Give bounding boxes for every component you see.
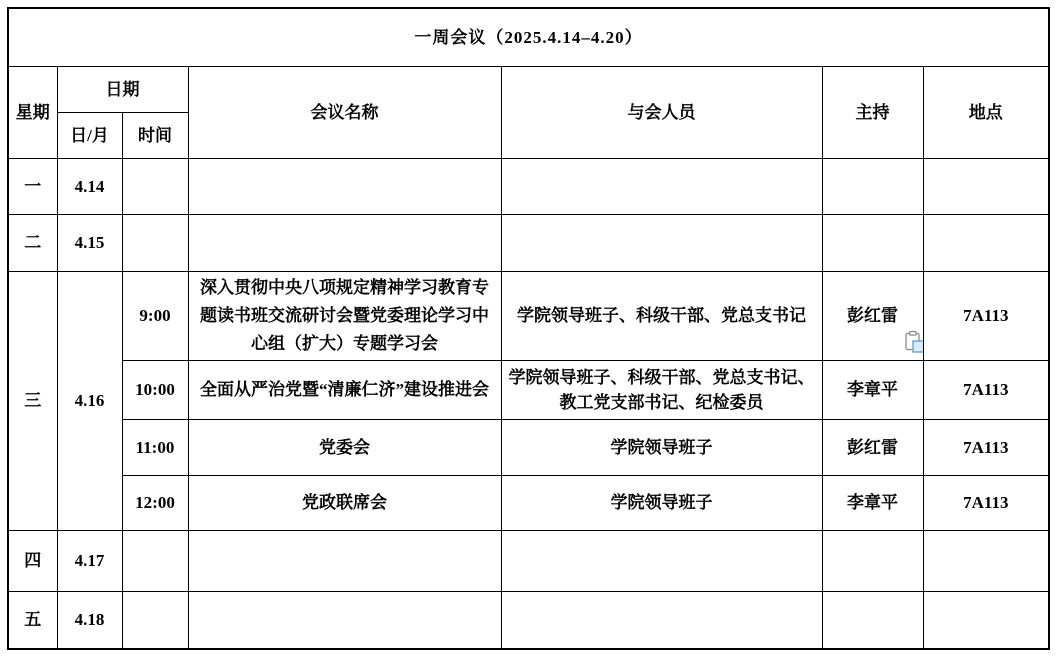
table-row: 12:00 党政联席会 学院领导班子 李章平 7A113: [8, 475, 1049, 530]
weekday-cell: 五: [8, 591, 57, 649]
host-cell: 彭红雷: [822, 419, 923, 475]
meeting-name-cell: 全面从严治党暨“清廉仁济”建设推进会: [188, 360, 501, 419]
weekday-cell: 四: [8, 530, 57, 591]
meeting-name-cell: [188, 158, 501, 214]
attendees-cell: [501, 214, 822, 271]
col-header-attendees: 与会人员: [501, 66, 822, 158]
time-cell: [122, 530, 188, 591]
weekday-cell: 二: [8, 214, 57, 271]
date-cell: 4.17: [57, 530, 122, 591]
table-row: 四 4.17: [8, 530, 1049, 591]
location-cell: [923, 530, 1049, 591]
time-cell: [122, 214, 188, 271]
location-cell: 7A113: [923, 271, 1049, 360]
location-cell: 7A113: [923, 475, 1049, 530]
time-cell: 9:00: [122, 271, 188, 360]
meeting-name-cell: 党委会: [188, 419, 501, 475]
meeting-name-cell: [188, 214, 501, 271]
host-cell: [822, 214, 923, 271]
location-cell: 7A113: [923, 419, 1049, 475]
table-row: 一 4.14: [8, 158, 1049, 214]
host-cell: [822, 591, 923, 649]
host-cell: 彭红雷: [822, 271, 923, 360]
meeting-name-cell: 深入贯彻中央八项规定精神学习教育专题读书班交流研讨会暨党委理论学习中心组（扩大）…: [188, 271, 501, 360]
attendees-cell: [501, 158, 822, 214]
col-header-location: 地点: [923, 66, 1049, 158]
table-row: 11:00 党委会 学院领导班子 彭红雷 7A113: [8, 419, 1049, 475]
host-cell: [822, 530, 923, 591]
weekly-meeting-table: 一周会议（2025.4.14–4.20） 星期 日期 会议名称 与会人员 主持 …: [7, 7, 1050, 650]
weekday-cell: 一: [8, 158, 57, 214]
location-cell: 7A113: [923, 360, 1049, 419]
time-cell: [122, 158, 188, 214]
location-cell: [923, 158, 1049, 214]
paste-options-button[interactable]: [902, 330, 924, 356]
col-header-time: 时间: [122, 112, 188, 158]
host-cell: 李章平: [822, 360, 923, 419]
page-title: 一周会议（2025.4.14–4.20）: [8, 8, 1049, 66]
host-cell: 李章平: [822, 475, 923, 530]
table-row: 二 4.15: [8, 214, 1049, 271]
col-header-meeting: 会议名称: [188, 66, 501, 158]
weekday-cell: 三: [8, 271, 57, 530]
meeting-name-cell: [188, 591, 501, 649]
table-row: 五 4.18: [8, 591, 1049, 649]
host-cell: [822, 158, 923, 214]
meeting-name-cell: [188, 530, 501, 591]
location-cell: [923, 214, 1049, 271]
date-cell: 4.16: [57, 271, 122, 530]
date-cell: 4.15: [57, 214, 122, 271]
time-cell: 11:00: [122, 419, 188, 475]
attendees-cell: 学院领导班子、科级干部、党总支书记: [501, 271, 822, 360]
time-cell: 10:00: [122, 360, 188, 419]
attendees-cell: [501, 530, 822, 591]
col-header-host: 主持: [822, 66, 923, 158]
col-header-weekday: 星期: [8, 66, 57, 158]
location-cell: [923, 591, 1049, 649]
document-page: 一周会议（2025.4.14–4.20） 星期 日期 会议名称 与会人员 主持 …: [0, 0, 1056, 662]
table-row: 星期 日期 会议名称 与会人员 主持 地点: [8, 66, 1049, 112]
table-row: 10:00 全面从严治党暨“清廉仁济”建设推进会 学院领导班子、科级干部、党总支…: [8, 360, 1049, 419]
attendees-cell: 学院领导班子: [501, 419, 822, 475]
time-cell: 12:00: [122, 475, 188, 530]
clipboard-paste-icon: [902, 330, 924, 356]
col-header-date-group: 日期: [57, 66, 188, 112]
attendees-cell: [501, 591, 822, 649]
attendees-cell: 学院领导班子、科级干部、党总支书记、教工党支部书记、纪检委员: [501, 360, 822, 419]
table-row: 三 4.16 9:00 深入贯彻中央八项规定精神学习教育专题读书班交流研讨会暨党…: [8, 271, 1049, 360]
attendees-cell: 学院领导班子: [501, 475, 822, 530]
col-header-date: 日/月: [57, 112, 122, 158]
date-cell: 4.14: [57, 158, 122, 214]
meeting-name-cell: 党政联席会: [188, 475, 501, 530]
time-cell: [122, 591, 188, 649]
table-row: 一周会议（2025.4.14–4.20）: [8, 8, 1049, 66]
host-name: 彭红雷: [847, 306, 898, 325]
date-cell: 4.18: [57, 591, 122, 649]
